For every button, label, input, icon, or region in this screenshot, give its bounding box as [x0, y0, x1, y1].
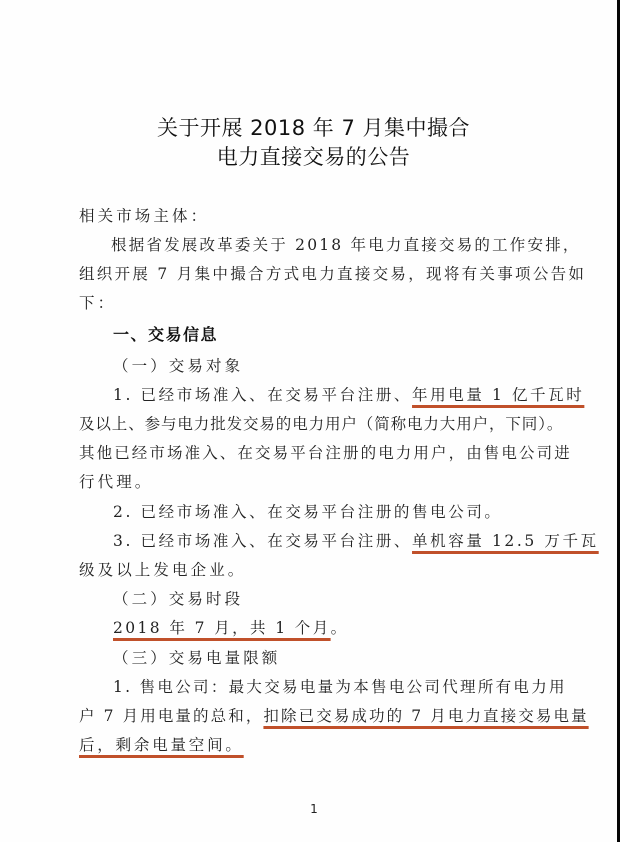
section-1-heading: 一、交易信息 [113, 325, 218, 345]
intro-line-2: 组织开展 7 月集中撮合方式电力直接交易，现将有关事项公告如 [79, 264, 586, 284]
salutation: 相关市场主体： [79, 206, 209, 226]
intro-line-3: 下： [79, 293, 116, 313]
highlight-annual-consumption: 年用电量 1 亿千瓦时 [412, 386, 584, 404]
page-number: 1 [308, 802, 320, 816]
highlight-unit-capacity: 单机容量 12.5 万千瓦 [412, 532, 599, 550]
item-1-line-1: 1. 已经市场准入、在交易平台注册、年用电量 1 亿千瓦时 [113, 385, 584, 405]
highlight-deduction: 扣除已交易成功的 7 月电力直接交易电量 [263, 707, 588, 725]
limit-item-1-line-3: 后，剩余电量空间。 [79, 735, 244, 755]
item-2: 2. 已经市场准入、在交易平台注册的售电公司。 [113, 502, 503, 522]
subsection-2-heading: （二）交易时段 [113, 589, 243, 609]
document-page: 关于开展 2018 年 7 月集中撮合 电力直接交易的公告 相关市场主体： 根据… [0, 0, 617, 842]
subsection-1-heading: （一）交易对象 [113, 356, 243, 376]
limit-item-1-line-1: 1. 售电公司：最大交易电量为本售电公司代理所有电力用 [113, 677, 567, 697]
item-3-line-1: 3. 已经市场准入、在交易平台注册、单机容量 12.5 万千瓦 [113, 531, 599, 551]
item-3-line-2: 级及以上发电企业。 [79, 560, 246, 580]
highlight-remaining-space: 后，剩余电量空间。 [79, 736, 244, 754]
item-1-line-4: 行代理。 [79, 472, 153, 492]
trading-period-suffix: 。 [331, 619, 349, 637]
highlight-trading-period: 2018 年 7 月，共 1 个月 [113, 619, 331, 637]
subsection-3-heading: （三）交易电量限额 [113, 648, 280, 668]
item-1-line-3: 其他已经市场准入、在交易平台注册的电力用户，由售电公司进 [79, 443, 572, 463]
item-3-prefix: 3. 已经市场准入、在交易平台注册、 [113, 532, 412, 550]
trading-period: 2018 年 7 月，共 1 个月。 [113, 618, 349, 638]
intro-line-1: 根据省发展改革委关于 2018 年电力直接交易的工作安排， [111, 235, 581, 255]
limit-item-1-prefix: 户 7 月用电量的总和， [79, 707, 263, 725]
item-1-line-2: 及以上、参与电力批发交易的电力用户（简称电力大用户，下同）。 [79, 414, 563, 434]
title-line-1: 关于开展 2018 年 7 月集中撮合 [0, 112, 620, 142]
limit-item-1-line-2: 户 7 月用电量的总和，扣除已交易成功的 7 月电力直接交易电量 [79, 706, 589, 726]
item-1-prefix: 1. 已经市场准入、在交易平台注册、 [113, 386, 412, 404]
title-line-2: 电力直接交易的公告 [0, 141, 620, 171]
